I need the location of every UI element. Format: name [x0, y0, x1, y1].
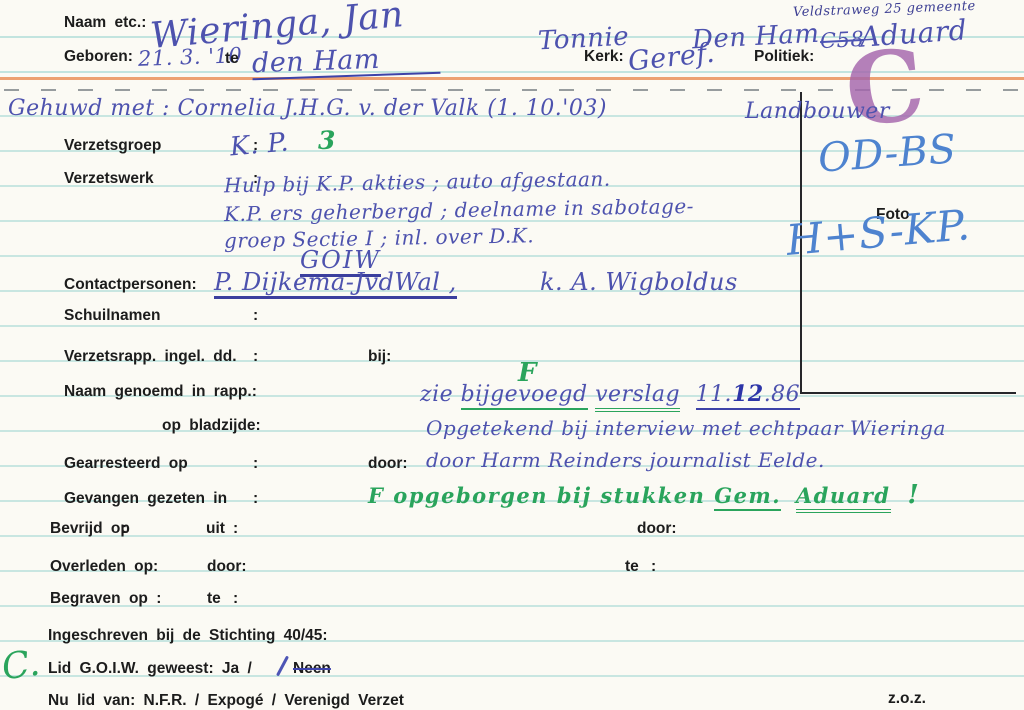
from-label: uit [206, 520, 225, 538]
church-label: Kerk: [584, 48, 624, 66]
colon: : [253, 455, 258, 473]
report-date-day: 11. [696, 382, 733, 407]
foundation-label: Ingeschreven bij de Stichting 40/45: [48, 627, 328, 645]
arrested-by-label: door: [368, 455, 408, 473]
resistance-group-number: 3 [318, 128, 336, 153]
interview-note-handwriting: Opgetekend bij interview met echtpaar Wi… [426, 418, 946, 438]
index-card: Foto Naam etc.: Wieringa, Jan Tonnie Den… [0, 0, 1024, 710]
birth-place-handwriting: den Ham [252, 44, 441, 81]
colon: : [253, 307, 258, 325]
green-c-mark: C. [0, 646, 42, 687]
od-bs-handwriting: OD-BS [817, 129, 958, 179]
named-in-report-label: Naam genoemd in rapp.: [64, 383, 257, 401]
green-note-gem: Gem. [714, 483, 781, 511]
member-of-label: Nu lid van: N.F.R. / Expogé / Verenigd V… [48, 692, 404, 710]
resistance-work-line-1: Hulp bij K.P. akties ; auto afgestaan. [224, 169, 611, 196]
died-at-label: te [625, 558, 639, 576]
died-by-label: door: [207, 558, 247, 576]
green-note-pre: F opgeborgen bij stukken [368, 483, 705, 508]
by-label: bij: [368, 348, 391, 366]
colon: : [253, 490, 258, 508]
report-note-verslag: verslag [595, 382, 680, 412]
resistance-group-label: Verzetsgroep [64, 137, 161, 155]
zoz-label: z.o.z. [888, 690, 926, 708]
died-label: Overleden op: [50, 558, 158, 576]
married-line-handwriting: Gehuwd met : Cornelia J.H.G. v. der Valk… [8, 98, 607, 120]
colon: : [253, 348, 258, 366]
purple-c-stamp: C [841, 36, 929, 142]
freed-by-label: door: [637, 520, 677, 538]
on-page-label: op bladzijde: [162, 417, 261, 435]
report-filed-label: Verzetsrapp. ingel. dd. [64, 348, 237, 366]
contacts-label: Contactpersonen: [64, 276, 197, 294]
name-label: Naam etc.: [64, 14, 146, 32]
report-note-date: 11.12.86 [696, 382, 801, 410]
report-note-bijgevoegd: bijgevoegd [461, 382, 588, 410]
buried-label: Begraven op : [50, 590, 161, 608]
imprisoned-label: Gevangen gezeten in [64, 490, 227, 508]
journalist-note-handwriting: door Harm Reinders journalist Eelde. [426, 450, 825, 470]
resistance-work-label: Verzetswerk [64, 170, 154, 188]
buried-at-label: te [207, 590, 221, 608]
goiw-member-label: Lid G.O.I.W. geweest: Ja / [48, 660, 252, 678]
report-date-year: .86 [764, 382, 801, 407]
te-label: te [225, 50, 239, 68]
green-note-aduard: Aduard [796, 483, 891, 513]
freed-label: Bevrijd op [50, 520, 130, 538]
colon: : [122, 520, 127, 538]
colon: : [233, 520, 238, 538]
neen-struck-text: Neen [293, 660, 331, 678]
aliases-label: Schuilnamen [64, 307, 160, 325]
green-note-exclamation: ! [907, 480, 920, 510]
report-date-month: 12 [732, 381, 764, 407]
born-label: Geboren: [64, 48, 133, 66]
politics-label: Politiek: [754, 48, 814, 66]
resistance-group-value: K. P. [229, 129, 290, 160]
report-note-zie: zie [420, 382, 453, 407]
profession-handwriting: Landbouwer [745, 101, 890, 123]
arrested-label: Gearresteerd op [64, 455, 188, 473]
colon: : [233, 590, 238, 608]
contact-name-1: P. Dijkema-JvdWal , [214, 270, 457, 299]
contact-name-2: k. A. Wigboldus [540, 270, 738, 294]
colon: : [651, 558, 656, 576]
